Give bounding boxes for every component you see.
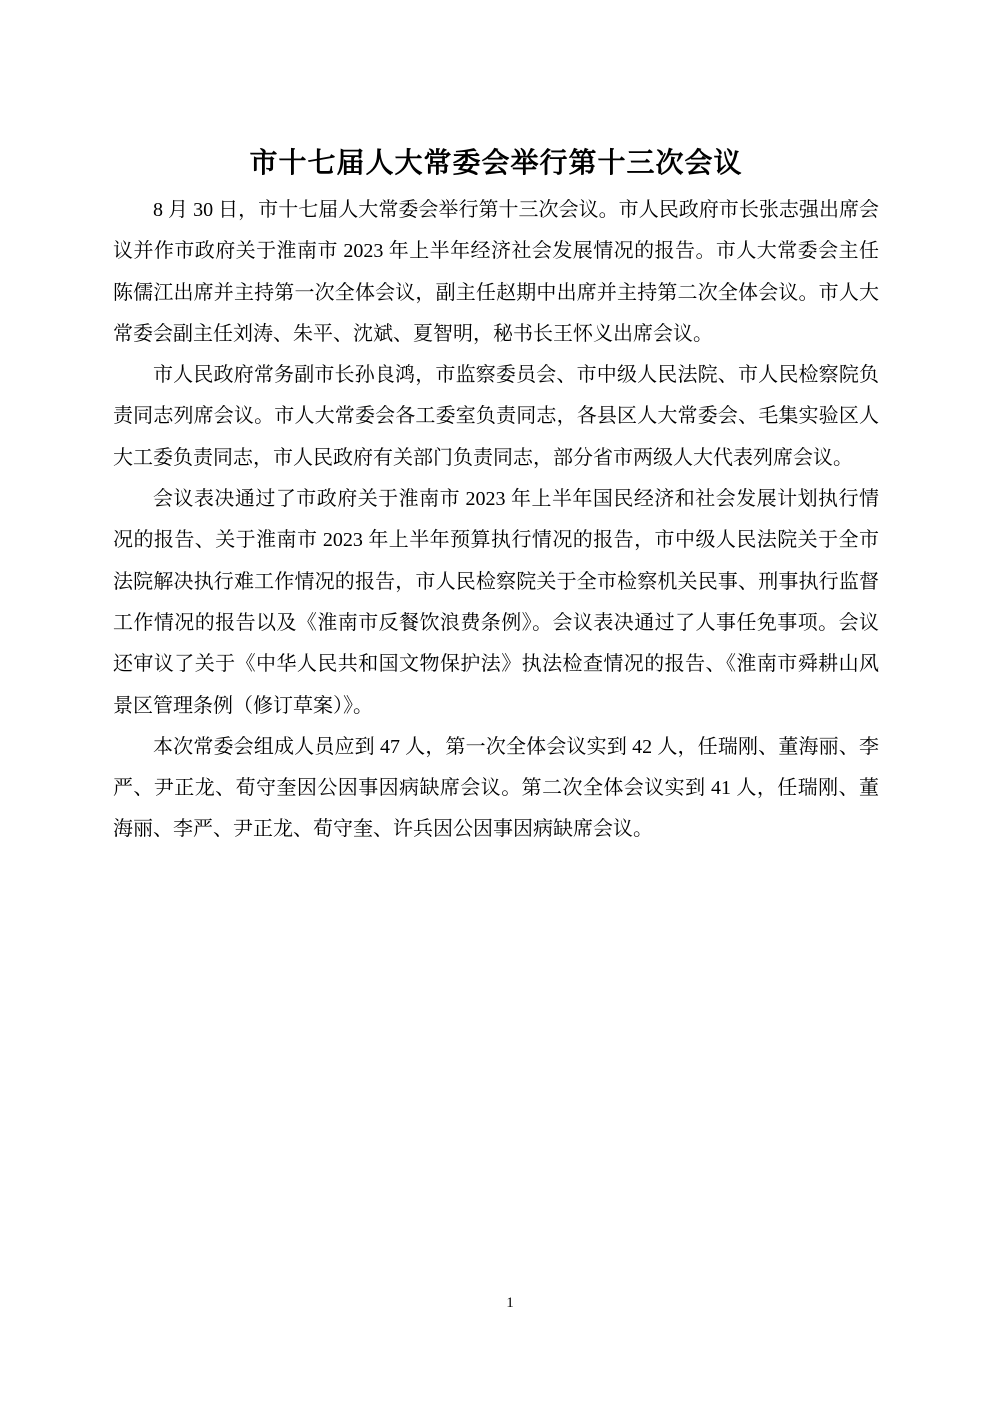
paragraph-line: 海丽、李严、尹正龙、荀守奎、许兵因公因事因病缺席会议。 [113, 809, 879, 850]
paragraph-line: 况的报告、关于淮南市 2023 年上半年预算执行情况的报告，市中级人民法院关于全… [113, 520, 879, 561]
paragraph-line: 会议表决通过了市政府关于淮南市 2023 年上半年国民经济和社会发展计划执行情 [113, 479, 879, 520]
paragraph-line: 大工委负责同志，市人民政府有关部门负责同志，部分省市两级人大代表列席会议。 [113, 438, 879, 479]
document-title: 市十七届人大常委会举行第十三次会议 [113, 144, 879, 184]
paragraph-line: 还审议了关于《中华人民共和国文物保护法》执法检查情况的报告、《淮南市舜耕山风 [113, 644, 879, 685]
paragraph-4: 本次常委会组成人员应到 47 人，第一次全体会议实到 42 人，任瑞刚、董海丽、… [113, 727, 879, 851]
paragraph-line: 法院解决执行难工作情况的报告，市人民检察院关于全市检察机关民事、刑事执行监督 [113, 562, 879, 603]
paragraph-2: 市人民政府常务副市长孙良鸿，市监察委员会、市中级人民法院、市人民检察院负 责同志… [113, 355, 879, 479]
paragraph-line: 市人民政府常务副市长孙良鸿，市监察委员会、市中级人民法院、市人民检察院负 [113, 355, 879, 396]
paragraph-line: 责同志列席会议。市人大常委会各工委室负责同志，各县区人大常委会、毛集实验区人 [113, 396, 879, 437]
paragraph-line: 工作情况的报告以及《淮南市反餐饮浪费条例》。会议表决通过了人事任免事项。会议 [113, 603, 879, 644]
paragraph-line: 议并作市政府关于淮南市 2023 年上半年经济社会发展情况的报告。市人大常委会主… [113, 231, 879, 272]
paragraph-3: 会议表决通过了市政府关于淮南市 2023 年上半年国民经济和社会发展计划执行情 … [113, 479, 879, 727]
paragraph-line: 8 月 30 日，市十七届人大常委会举行第十三次会议。市人民政府市长张志强出席会 [113, 190, 879, 231]
paragraph-line: 景区管理条例（修订草案）》。 [113, 686, 879, 727]
paragraph-line: 严、尹正龙、荀守奎因公因事因病缺席会议。第二次全体会议实到 41 人，任瑞刚、董 [113, 768, 879, 809]
paragraph-1: 8 月 30 日，市十七届人大常委会举行第十三次会议。市人民政府市长张志强出席会… [113, 190, 879, 355]
paragraph-line: 常委会副主任刘涛、朱平、沈斌、夏智明，秘书长王怀义出席会议。 [113, 314, 879, 355]
paragraph-line: 本次常委会组成人员应到 47 人，第一次全体会议实到 42 人，任瑞刚、董海丽、… [113, 727, 879, 768]
document-body: 8 月 30 日，市十七届人大常委会举行第十三次会议。市人民政府市长张志强出席会… [113, 190, 879, 851]
paragraph-line: 陈儒江出席并主持第一次全体会议，副主任赵期中出席并主持第二次全体会议。市人大 [113, 273, 879, 314]
document-page: 市十七届人大常委会举行第十三次会议 8 月 30 日，市十七届人大常委会举行第十… [0, 0, 992, 1403]
page-number: 1 [113, 1292, 907, 1314]
